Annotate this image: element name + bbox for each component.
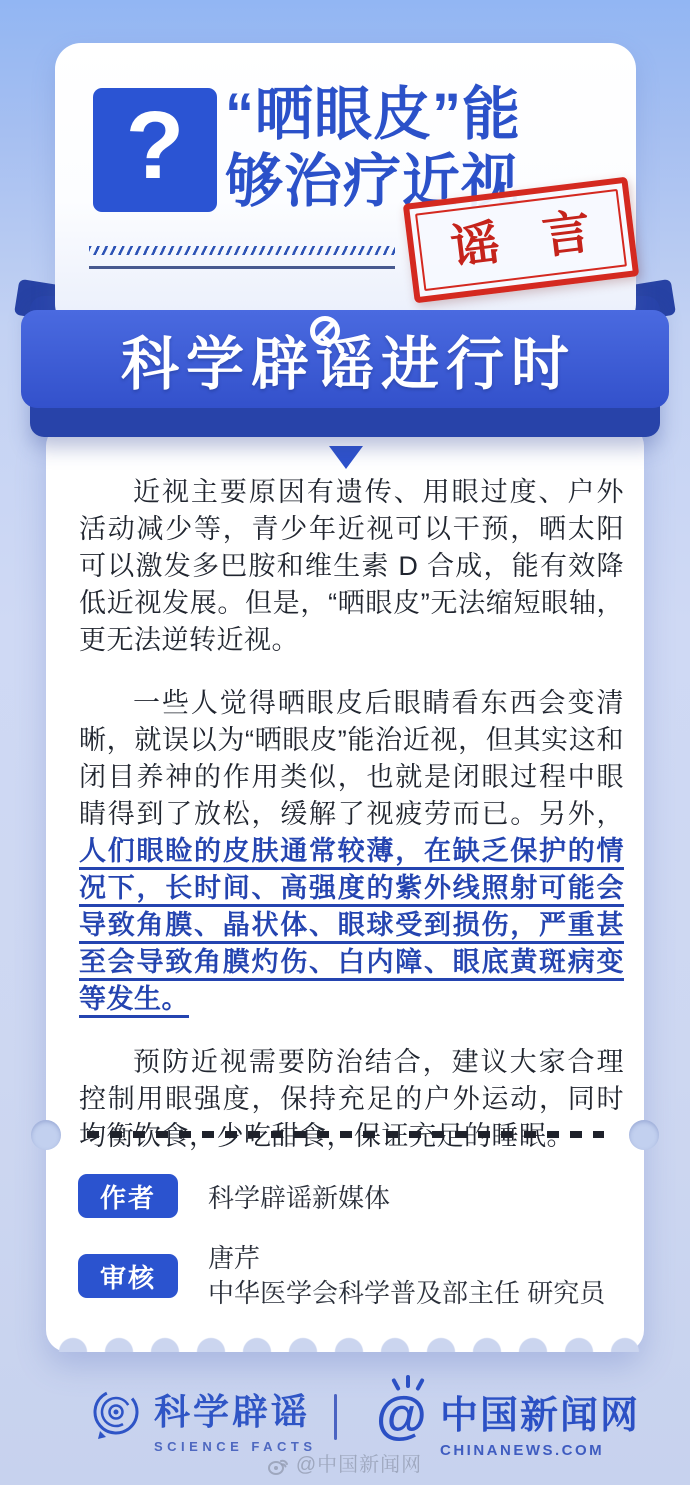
triangle-down-icon: [329, 446, 363, 469]
science-facts-logo: 科学辟谣 SCIENCE FACTS: [90, 1384, 317, 1454]
section-banner-label: 科学辟谣进行时: [114, 317, 576, 401]
stamp-perforation-edge: [46, 1336, 644, 1352]
paragraph-2-highlighted-text: 人们眼睑的皮肤通常较薄，在缺乏保护的情况下，长时间、高强度的紫外线照射可能会导致…: [79, 836, 624, 1014]
paragraph-2-text: 一些人觉得晒眼皮后眼睛看东西会变清晰，就误以为“晒眼皮”能治近视，但其实这和闭目…: [79, 688, 624, 829]
ticket-notch-right: [629, 1120, 659, 1150]
paragraph-1: 近视主要原因有遗传、用眼过度、户外活动减少等，青少年近视可以干预，晒太阳可以激发…: [79, 474, 624, 659]
reviewer-badge: 审核: [78, 1254, 178, 1298]
author-badge: 作者: [78, 1174, 178, 1218]
footer: 科学辟谣 SCIENCE FACTS @ 中国新闻网 CHINANEWS.COM: [0, 1372, 690, 1452]
weibo-icon: [268, 1457, 290, 1475]
ticket-notch-left: [31, 1120, 61, 1150]
science-facts-cn: 科学辟谣: [154, 1384, 317, 1435]
article-body: 近视主要原因有遗传、用眼过度、户外活动减少等，青少年近视可以干预，晒太阳可以激发…: [79, 474, 624, 1181]
prohibition-icon: [310, 316, 340, 346]
science-facts-swirl-icon: [90, 1384, 142, 1444]
rumor-stamp-label: 谣言: [449, 202, 637, 272]
paragraph-2: 一些人觉得晒眼皮后眼睛看东西会变清晰，就误以为“晒眼皮”能治近视，但其实这和闭目…: [79, 685, 624, 1018]
paragraph-1-text: 近视主要原因有遗传、用眼过度、户外活动减少等，青少年近视可以干预，晒太阳可以激发…: [79, 477, 624, 655]
paragraph-3: 预防近视需要防治结合，建议大家合理控制用眼强度，保持充足的户外运动，同时均衡饮食…: [79, 1044, 624, 1155]
reviewer-title: 中华医学会科学普及部主任 研究员: [208, 1276, 605, 1311]
section-banner: 科学辟谣进行时: [21, 310, 669, 408]
at-symbol-icon: @: [376, 1384, 432, 1442]
logo-divider: [334, 1394, 337, 1440]
headline-line-1: “晒眼皮”能: [225, 81, 625, 148]
content-card: 近视主要原因有遗传、用眼过度、户外活动减少等，青少年近视可以干预，晒太阳可以激发…: [46, 424, 644, 1352]
chinanews-cn: 中国新闻网: [440, 1384, 640, 1439]
author-value: 科学辟谣新媒体: [208, 1178, 390, 1215]
poster: 近视主要原因有遗传、用眼过度、户外活动减少等，青少年近视可以干预，晒太阳可以激发…: [0, 0, 690, 1485]
underline-decoration: [89, 266, 395, 269]
reviewer-info: 唐芹 中华医学会科学普及部主任 研究员: [208, 1238, 605, 1311]
rumor-stamp-inner-border: 谣言: [415, 189, 627, 291]
watermark-text: @中国新闻网: [296, 1454, 422, 1476]
author-row: 作者 科学辟谣新媒体: [78, 1174, 390, 1218]
watermark: @中国新闻网: [0, 1448, 690, 1477]
question-glyph: ?: [126, 98, 185, 194]
dotted-divider: [87, 1131, 604, 1138]
science-facts-text: 科学辟谣 SCIENCE FACTS: [154, 1384, 317, 1454]
reviewer-name: 唐芹: [208, 1241, 605, 1276]
question-mark-icon: ?: [93, 88, 217, 212]
reviewer-row: 审核 唐芹 中华医学会科学普及部主任 研究员: [78, 1238, 605, 1311]
hatch-decoration: [89, 246, 395, 255]
